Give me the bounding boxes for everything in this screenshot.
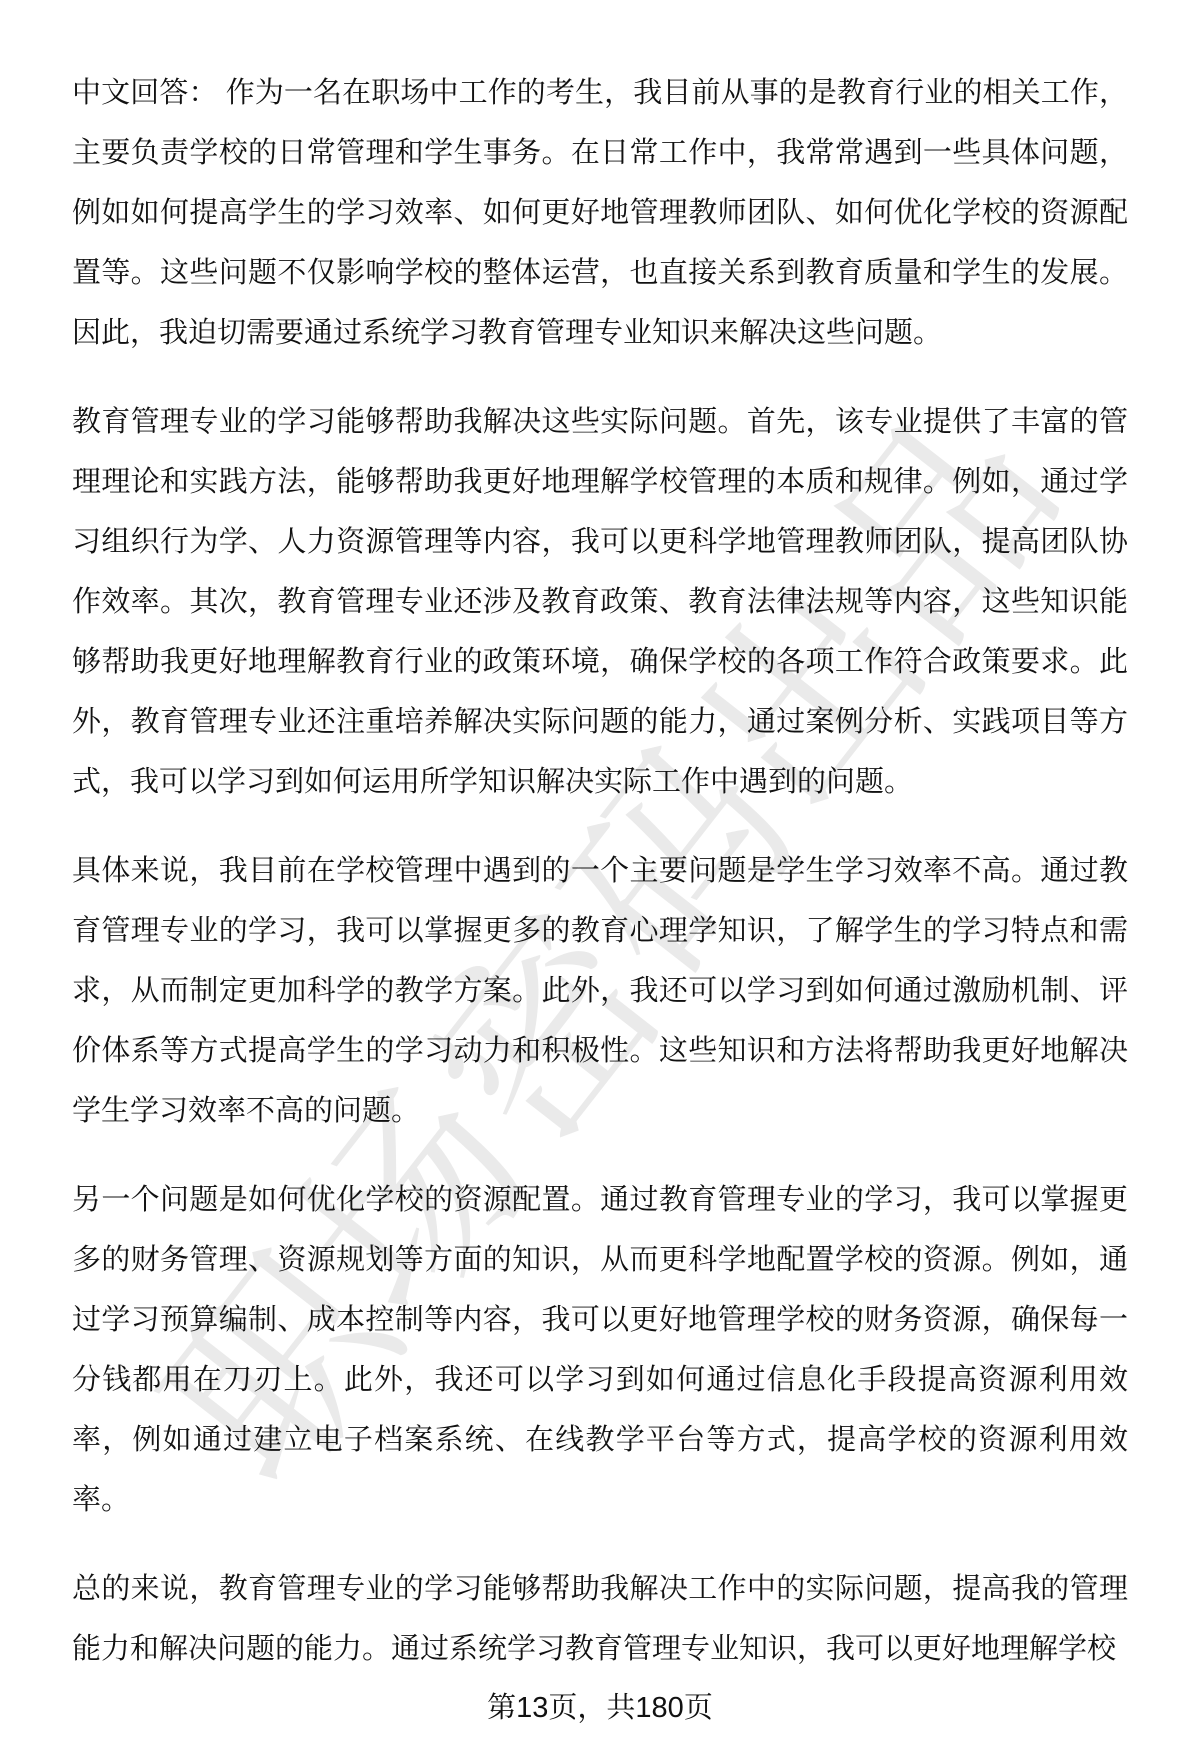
paragraph-3: 具体来说，我目前在学校管理中遇到的一个主要问题是学生学习效率不高。通过教育管理专… <box>72 841 1128 1141</box>
paragraph-4: 另一个问题是如何优化学校的资源配置。通过教育管理专业的学习，我可以掌握更多的财务… <box>72 1170 1128 1530</box>
document-page: 职场密码出品 中文回答： 作为一名在职场中工作的考生，我目前从事的是教育行业的相… <box>0 0 1200 1755</box>
paragraph-1: 中文回答： 作为一名在职场中工作的考生，我目前从事的是教育行业的相关工作，主要负… <box>72 63 1128 363</box>
document-body: 中文回答： 作为一名在职场中工作的考生，我目前从事的是教育行业的相关工作，主要负… <box>72 63 1128 1708</box>
paragraph-2: 教育管理专业的学习能够帮助我解决这些实际问题。首先，该专业提供了丰富的管理理论和… <box>72 392 1128 812</box>
page-number-footer: 第13页，共180页 <box>0 1678 1200 1738</box>
paragraph-5: 总的来说，教育管理专业的学习能够帮助我解决工作中的实际问题，提高我的管理能力和解… <box>72 1559 1128 1679</box>
